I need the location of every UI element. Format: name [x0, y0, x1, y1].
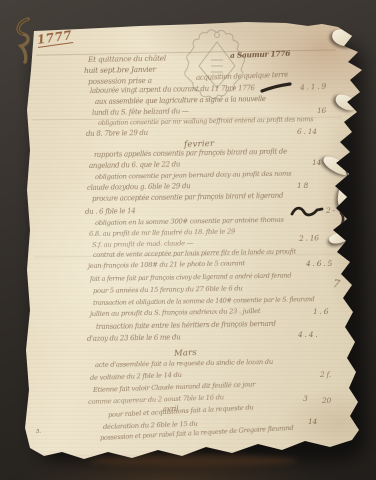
ink-smudge	[292, 208, 322, 215]
manuscript-line: aux assemblée que lagriculture a signé a…	[95, 95, 266, 106]
manuscript-line: pour rabel et acquisitions fait a la req…	[108, 403, 254, 419]
manuscript-page: 1777Et quittance du châtela Saumur 1776h…	[0, 0, 376, 480]
manuscript-line: labourée vingt arpent du courant du 11 7…	[90, 84, 255, 95]
month-heading: Mars	[174, 348, 197, 359]
manuscript-line: du 8. 7bre le 29 du	[86, 129, 148, 138]
manuscript-line: acquisition de quelque terre	[196, 71, 288, 82]
manuscript-line: jullien au proufit du S. françois andrie…	[90, 307, 260, 318]
manuscript-line: du . 6 fble le 14	[85, 207, 136, 216]
manuscript-line: contrat de vente acceptée par louis pier…	[93, 247, 296, 259]
manuscript-line: angeland du 6. que le 22 du	[89, 160, 180, 170]
manuscript-line: S.f. au proufit de mad. claude —	[92, 239, 193, 249]
manuscript-line: fait a ferme fait par françois civoy de …	[90, 271, 291, 283]
manuscript-line: rapports appellés consentis par françois…	[94, 148, 287, 159]
manuscript-line: Etienne fait valoir Claude marand dit fe…	[93, 380, 255, 394]
manuscript-line: Et quittance du châtel	[88, 54, 166, 64]
manuscript-line: jean-françois de 108# du 21 le photo le …	[88, 259, 245, 270]
manuscript-line: possession prise a	[88, 76, 152, 86]
amount-value: 2 . 16	[299, 233, 319, 243]
amount-value: 20	[322, 396, 331, 405]
year-annotation: 1777	[36, 28, 73, 47]
manuscript-line: a Saumur 1776	[230, 49, 290, 60]
manuscript-line: d'azoy du 23 6ble le 6 me du	[87, 333, 181, 343]
amount-value: 1 . 6	[313, 307, 328, 316]
manuscript-line: 6.8. au profit de mr lle faudré du 18. f…	[89, 227, 235, 238]
manuscript-line: transaction faite entre les héritiers de…	[96, 320, 276, 331]
manuscript-line: obligation consentie par jean bernard do…	[95, 170, 291, 181]
manuscript-line: obligation consentie par mr wallung beff…	[98, 115, 313, 127]
amount-value: 4 . 6 . 5	[306, 259, 332, 268]
photo-background: 1777Et quittance du châtela Saumur 1776h…	[0, 0, 376, 480]
manuscript-line: procure acceptée consentie par françois …	[92, 192, 283, 203]
amount-value: 6 . 14	[297, 127, 317, 136]
paper-crease	[36, 49, 336, 55]
manuscript-line: huit sept.bre Janvier	[84, 65, 156, 75]
manuscript-line: lundi du S. fête belizard du —	[92, 107, 189, 117]
manuscript-line: transaction et obligation de la somme de…	[93, 295, 315, 307]
amount-value: 1 8	[297, 181, 308, 190]
manuscript-line: claude dozydou g. 6ble le 29 du	[87, 182, 190, 192]
amount-value: 3	[303, 394, 307, 403]
manuscript-line: pour 5 années du 15 ferancy du 27 6ble l…	[93, 284, 243, 295]
manuscript-line: obligation en la somme 300# consentie pa…	[95, 216, 284, 227]
manuscript-line: acte d'assemblée fait a la requeste du s…	[95, 358, 273, 369]
margin-notation: 5.	[36, 429, 41, 435]
amount-value: 16	[317, 106, 326, 115]
amount-value: 2 -	[326, 206, 335, 215]
under-paper-shadow	[88, 455, 298, 467]
ink-smudge	[262, 84, 290, 91]
manuscript-line: de voltaine du 2 fble le 14 du	[90, 371, 182, 382]
amount-value: 4 . 4 .	[298, 330, 317, 339]
amount-value: 7	[332, 277, 340, 291]
amount-value: 4 . 1 . 9	[300, 82, 326, 92]
manuscript-line: comme acquereur du 2 aoust 7ble le 16 du	[88, 393, 224, 406]
amount-value: 14	[308, 417, 317, 426]
amount-value: 2 f.	[320, 370, 331, 379]
amount-value: 14	[312, 158, 321, 167]
